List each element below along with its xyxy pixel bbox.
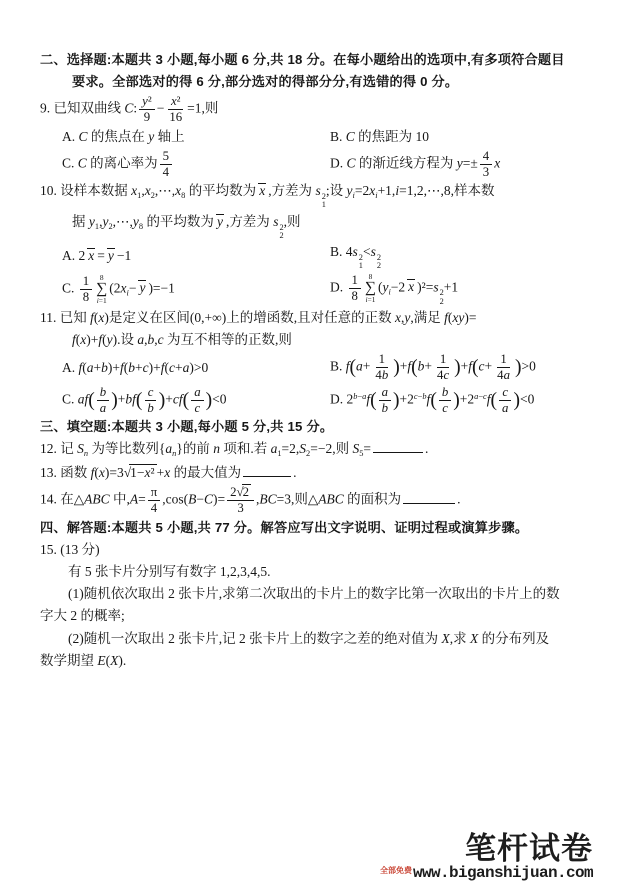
brand-logo-text: 笔杆试卷: [380, 833, 593, 866]
roman-text: D.: [330, 155, 347, 170]
stacked-scripts: 22: [377, 254, 381, 271]
option: D. 2b−af(ab)+2c−bf(bc)+2a−cf(ca)<0: [330, 385, 599, 416]
big-paren: ): [454, 358, 461, 379]
roman-text: B.: [330, 244, 346, 259]
subscript: 5: [359, 449, 363, 458]
roman-text: B.: [330, 129, 346, 144]
question-text-line: (2)随机一次取出 2 张卡片,记 2 张卡片上的数字之差的绝对值为 X,求 X…: [40, 629, 599, 649]
brand-url: www.biganshijuan.com: [413, 864, 593, 882]
stacked-scripts: 21: [322, 193, 326, 210]
big-paren: ): [393, 390, 400, 411]
subscript: 8: [139, 222, 143, 231]
big-paren: ): [515, 358, 522, 379]
fraction: 18: [349, 273, 361, 304]
fraction: cb: [144, 385, 156, 416]
fraction: 18: [80, 274, 92, 305]
overline-variable: y: [138, 280, 146, 295]
subscript: 1: [277, 449, 281, 458]
option: B. f(a+14b)+f(b+14c)+f(c+14a)>0: [330, 352, 599, 383]
exam-body: 二、选择题:本题共 3 小题,每小题 6 分,共 18 分。在每小题给出的选项中…: [0, 0, 627, 673]
big-paren: ): [111, 390, 118, 411]
question-text-line: 9. 已知双曲线 C:y²9−x²16=1,则: [40, 94, 599, 125]
section-header-line: 三、填空题:本题共 3 小题,每小题 5 分,共 15 分。: [40, 417, 599, 437]
options-row: A. f(a+b)+f(b+c)+f(c+a)>0B. f(a+14b)+f(b…: [40, 352, 599, 383]
section-header-line: 二、选择题:本题共 3 小题,每小题 6 分,共 18 分。在每小题给出的选项中…: [40, 50, 599, 70]
overline-variable: y: [107, 248, 115, 263]
option: C. af(ba)+bf(cb)+cf(ac)<0: [40, 385, 330, 416]
overline-variable: y: [216, 214, 224, 229]
roman-text: B.: [330, 359, 346, 374]
roman-text: C.: [62, 391, 78, 406]
big-paren: ): [159, 390, 166, 411]
option: D. C 的渐近线方程为 y=±43x: [330, 149, 599, 180]
fraction: 14b: [372, 352, 391, 383]
superscript: a−c: [474, 392, 487, 401]
big-paren: (: [430, 390, 437, 411]
subscript: 2: [151, 191, 155, 200]
option: A. 2x=y−1: [40, 246, 330, 266]
subscript: 1: [95, 222, 99, 231]
question-text-line: 13. 函数 f(x)=3√1−x²+x 的最大值为.: [40, 463, 599, 483]
stacked-scripts: 22: [440, 289, 444, 306]
roman-text: cos: [166, 492, 184, 507]
question-text-line: f(x)+f(y).设 a,b,c 为互不相等的正数,则: [40, 330, 599, 350]
big-paren: (: [491, 390, 498, 411]
subscript: n: [172, 449, 176, 458]
stacked-scripts: 21: [359, 254, 363, 271]
question-text-line: (1)随机依次取出 2 张卡片,求第二次取出的卡片上的数字比第一次取出的卡片上的…: [40, 584, 599, 604]
superscript: b−a: [353, 392, 366, 401]
option: D. 188∑i=1(yi−2x)²=s22+1: [330, 273, 599, 306]
question-text-line: 数学期望 E(X).: [40, 651, 599, 671]
option: A. f(a+b)+f(b+c)+f(c+a)>0: [40, 358, 330, 378]
big-paren: (: [370, 390, 377, 411]
options-row: A. C 的焦点在 y 轴上B. C 的焦距为 10: [40, 127, 599, 147]
question-text-line: 有 5 张卡片分别写有数字 1,2,3,4,5.: [40, 562, 599, 582]
big-paren: (: [136, 390, 143, 411]
subscript: i: [353, 191, 355, 200]
brand-url-row: 全部免费www.biganshijuan.com: [380, 865, 593, 883]
fraction: 54: [160, 149, 172, 180]
roman-text: C.: [62, 155, 78, 170]
fraction: ac: [191, 385, 203, 416]
options-row: C. af(ba)+bf(cb)+cf(ac)<0D. 2b−af(ab)+2c…: [40, 385, 599, 416]
roman-text: D.: [330, 279, 347, 294]
overline-variable: x: [87, 248, 95, 263]
roman-text: A.: [62, 248, 79, 263]
question-text-line: 字大 2 的概率;: [40, 606, 599, 626]
overline-variable: x: [258, 183, 266, 198]
fraction: ba: [97, 385, 109, 416]
subscript: 2: [306, 449, 310, 458]
big-paren: ): [206, 390, 213, 411]
publisher-footer: 笔杆试卷 全部免费www.biganshijuan.com: [380, 833, 593, 883]
subscript: i: [126, 288, 128, 297]
subscript: i: [375, 191, 377, 200]
overline-variable: x: [407, 279, 415, 294]
subscript: 2: [108, 222, 112, 231]
big-paren: (: [183, 390, 190, 411]
summation: 8∑i=1: [365, 273, 376, 304]
answer-blank: [403, 490, 455, 504]
free-tag-label: 全部免费: [380, 866, 412, 875]
question-text-line: 15. (13 分): [40, 540, 599, 560]
big-paren: ): [393, 358, 400, 379]
options-row: C. 188∑i=1(2xi−y)=−1D. 188∑i=1(yi−2x)²=s…: [40, 273, 599, 306]
big-paren: (: [88, 390, 95, 411]
square-root: √1−x²: [124, 465, 157, 480]
roman-text: D.: [330, 391, 347, 406]
subscript: 1: [137, 191, 141, 200]
option: B. C 的焦距为 10: [330, 127, 599, 147]
answer-blank: [373, 440, 423, 454]
option: C. C 的离心率为54: [40, 149, 330, 180]
roman-text: A.: [62, 360, 79, 375]
fraction: 2√23: [227, 485, 254, 516]
question-text-line: 14. 在△ABC 中,A=π4,cos(B−C)=2√23,BC=3,则△AB…: [40, 485, 599, 516]
option: B. 4s21<s22: [330, 242, 599, 271]
section-header-line: 要求。全部选对的得 6 分,部分选对的得部分分,有选错的得 0 分。: [40, 72, 599, 92]
fraction: 43: [480, 149, 492, 180]
options-row: C. C 的离心率为54D. C 的渐近线方程为 y=±43x: [40, 149, 599, 180]
stacked-scripts: 22: [279, 224, 283, 241]
big-paren: ): [453, 390, 460, 411]
answer-blank: [243, 463, 291, 477]
superscript: c−b: [414, 392, 427, 401]
question-text-line: 12. 记 Sn 为等比数列{an}的前 n 项和.若 a1=2,S2=−2,则…: [40, 439, 599, 460]
fraction: x²16: [166, 94, 185, 125]
summation: 8∑i=1: [96, 274, 107, 305]
option: C. 188∑i=1(2xi−y)=−1: [40, 274, 330, 305]
roman-text: C.: [62, 280, 78, 295]
fraction: 14a: [494, 352, 513, 383]
square-root: √2: [237, 485, 251, 499]
roman-text: A.: [62, 129, 79, 144]
big-paren: ): [513, 390, 520, 411]
fraction: π4: [148, 485, 160, 516]
subscript: i: [388, 287, 390, 296]
exam-page: { "doc": { "lines": [ {"s":"h","t":["二、选…: [0, 0, 627, 889]
options-row: A. 2x=y−1B. 4s21<s22: [40, 242, 599, 271]
question-text-line: 10. 设样本数据 x1,x2,⋯,x8 的平均数为x,方差为 s21;设 yi…: [40, 181, 599, 210]
fraction: ab: [379, 385, 391, 416]
option: A. C 的焦点在 y 轴上: [40, 127, 330, 147]
subscript: n: [84, 449, 88, 458]
fraction: 14c: [434, 352, 452, 383]
fraction: bc: [439, 385, 451, 416]
question-text-line: 据 y1,y2,⋯,y8 的平均数为y,方差为 s22,则: [40, 212, 599, 241]
subscript: 8: [181, 191, 185, 200]
question-text-line: 11. 已知 f(x)是定义在区间(0,+∞)上的增函数,且对任意的正数 x,y…: [40, 308, 599, 328]
fraction: ca: [499, 385, 511, 416]
fraction: y²9: [139, 94, 155, 125]
section-header-line: 四、解答题:本题共 5 小题,共 77 分。解答应写出文字说明、证明过程或演算步…: [40, 518, 599, 538]
